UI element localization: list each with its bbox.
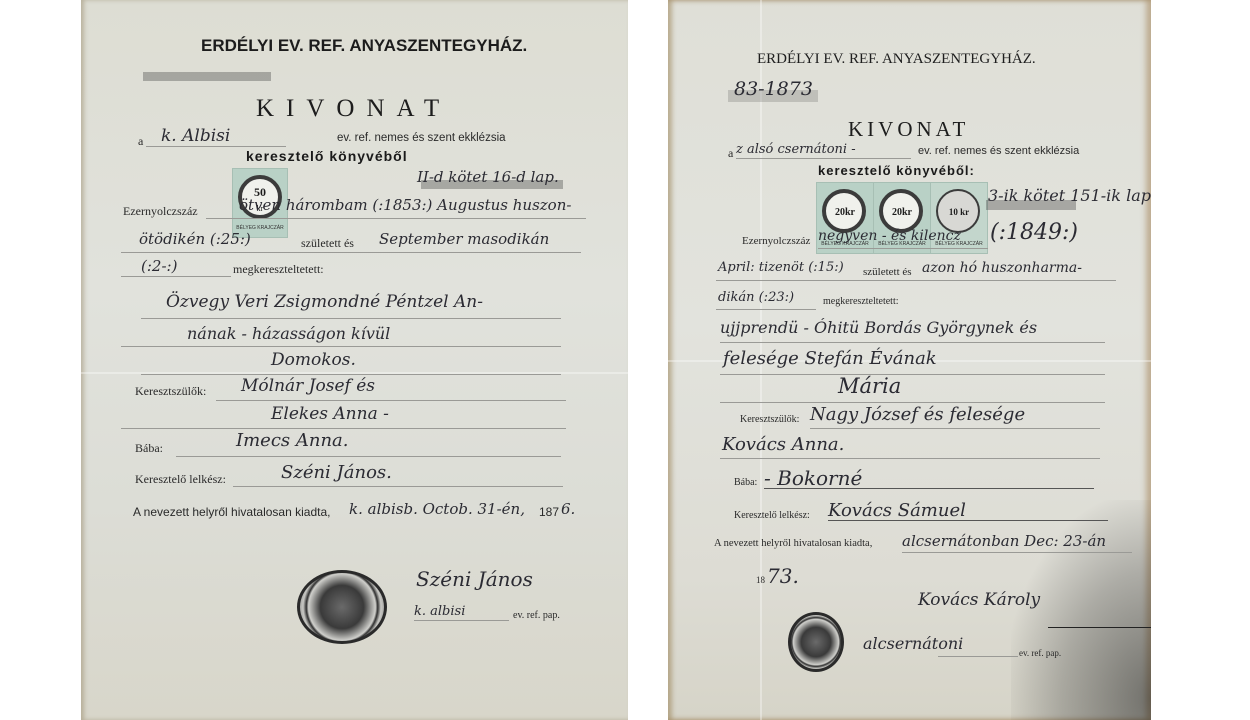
fill-line — [141, 318, 561, 319]
birth-day-text: April: tizenöt (:15:) — [718, 260, 844, 275]
left-baptism-certificate: ERDÉLYI EV. REF. ANYASZENTEGYHÁZ. KIVONA… — [81, 0, 628, 720]
signature-place: alcsernátoni — [863, 634, 963, 653]
parish-name: k. Albisi — [161, 126, 230, 146]
midwife-name: - Bokorné — [764, 466, 862, 490]
fill-line — [121, 346, 561, 347]
fill-line — [828, 520, 1108, 521]
fill-line — [121, 252, 581, 253]
birth-day-text: ötödikén (:25:) — [139, 230, 251, 248]
fill-line — [720, 402, 1105, 403]
fill-line — [716, 280, 1116, 281]
parish-suffix: ev. ref. nemes és szent ekklézsia — [337, 132, 506, 144]
right-baptism-certificate: ERDÉLYI EV. REF. ANYASZENTEGYHÁZ. 83-187… — [668, 0, 1151, 720]
fill-line — [414, 620, 509, 621]
issued-year-prefix: 18 — [756, 575, 765, 585]
fill-line — [764, 488, 1094, 489]
pastor-label: Keresztelő lelkész: — [734, 510, 810, 521]
church-header: ERDÉLYI EV. REF. ANYASZENTEGYHÁZ. — [757, 51, 1036, 68]
church-seal — [788, 612, 844, 672]
birth-year-numeric: (:1849:) — [990, 220, 1078, 245]
pastor-label: Keresztelő lelkész: — [135, 472, 226, 487]
signature-title: ev. ref. pap. — [513, 610, 560, 621]
fill-line — [141, 374, 561, 375]
document-title: KIVONAT — [256, 95, 451, 123]
born-label: született és — [863, 266, 912, 278]
fill-line — [121, 428, 566, 429]
birth-year-text: negyven - és kilencz — [818, 228, 961, 244]
godparent-2: Elekes Anna - — [271, 404, 389, 424]
godparent-2: Kovács Anna. — [722, 434, 844, 455]
birth-year-text: ötven hárombam (:1853:) Augustus huszon- — [239, 196, 571, 214]
birth-year-label: Ezernyolczszáz — [742, 235, 810, 247]
fill-line — [121, 276, 231, 277]
godparent-1: Mólnár Josef és — [241, 376, 375, 396]
baptism-date-text: September masodikán — [379, 230, 549, 248]
stamp-value: 20kr — [817, 207, 873, 218]
signature-title: ev. ref. pap. — [1019, 648, 1061, 658]
fill-line — [216, 400, 566, 401]
issued-place-date: alcsernátonban Dec: 23-án — [902, 532, 1106, 550]
book-label: keresztelő könyvéből — [246, 148, 408, 164]
issued-year: 73. — [767, 564, 799, 588]
church-seal — [297, 570, 387, 644]
fill-line — [233, 486, 563, 487]
fill-line — [1048, 627, 1151, 628]
baptized-label: megkereszteltetett: — [233, 262, 324, 277]
baptized-label: megkereszteltetett: — [823, 296, 899, 307]
issued-label: A nevezett helyről hivatalosan kiadta, — [714, 538, 872, 549]
struck-register-number — [143, 72, 271, 81]
midwife-label: Bába: — [734, 477, 757, 488]
register-number: 83-1873 — [734, 78, 813, 100]
baptism-date-text: azon hó huszonharma- — [922, 260, 1082, 276]
fill-line — [206, 218, 586, 219]
child-name: Domokos. — [271, 350, 356, 370]
child-line-2: felesége Stefán Évának — [723, 348, 937, 369]
pastor-signature: Kovács Károly — [918, 590, 1040, 610]
godparents-label: Keresztszülők: — [135, 384, 206, 399]
fill-line — [902, 552, 1132, 553]
fill-line — [938, 656, 1018, 657]
line-a-prefix: a — [728, 146, 733, 161]
baptism-day-text: dikán (:23:) — [718, 290, 794, 305]
pastor-signature: Széni János — [416, 567, 533, 591]
issued-year: 6. — [561, 500, 575, 518]
line-a-prefix: a — [138, 134, 143, 149]
church-header: ERDÉLYI EV. REF. ANYASZENTEGYHÁZ. — [201, 36, 527, 56]
issued-place-date: k. albisb. Octob. 31-én, — [349, 500, 525, 518]
issued-year-prefix: 187 — [539, 505, 559, 519]
born-label: született és — [301, 236, 354, 251]
godparent-1: Nagy József és felesége — [810, 404, 1025, 425]
child-line-2: nának - házasságon kívül — [187, 324, 390, 343]
issued-label: A nevezett helyről hivatalosan kiadta, — [133, 505, 330, 519]
stamp-value: 20kr — [874, 207, 930, 218]
pastor-name: Kovács Sámuel — [828, 500, 966, 521]
document-title: KIVONAT — [848, 117, 969, 142]
page-reference: 3-ik kötet 151-ik lap. — [988, 186, 1151, 205]
stamp-value: 10 kr — [931, 207, 987, 217]
midwife-name: Imecs Anna. — [236, 430, 349, 451]
fill-line — [720, 458, 1100, 459]
fill-line — [720, 374, 1105, 375]
midwife-label: Bába: — [135, 441, 163, 456]
fill-line — [146, 146, 286, 147]
fill-line — [810, 428, 1100, 429]
fill-line — [716, 309, 816, 310]
page-reference: II-d kötet 16-d lap. — [417, 168, 559, 186]
signature-place: k. albisi — [414, 604, 465, 619]
parish-name: z alsó csernátoni - — [736, 142, 856, 157]
baptism-day-text: (:2-:) — [141, 257, 177, 275]
child-line-1: Özvegy Veri Zsigmondné Péntzel An- — [166, 292, 483, 312]
pastor-name: Széni János. — [281, 462, 392, 483]
fill-line — [736, 158, 911, 159]
child-line-1: ujjprendü - Óhitü Bordás Györgynek és — [720, 318, 1037, 337]
fill-line — [176, 456, 561, 457]
fill-line — [818, 248, 988, 249]
godparents-label: Keresztszülők: — [740, 414, 799, 425]
birth-year-label: Ezernyolczszáz — [123, 204, 198, 219]
book-label: keresztelő könyvéből: — [818, 163, 975, 178]
fill-line — [720, 342, 1105, 343]
parish-suffix: ev. ref. nemes és szent ekklézsia — [918, 145, 1079, 157]
child-name: Mária — [838, 374, 901, 398]
